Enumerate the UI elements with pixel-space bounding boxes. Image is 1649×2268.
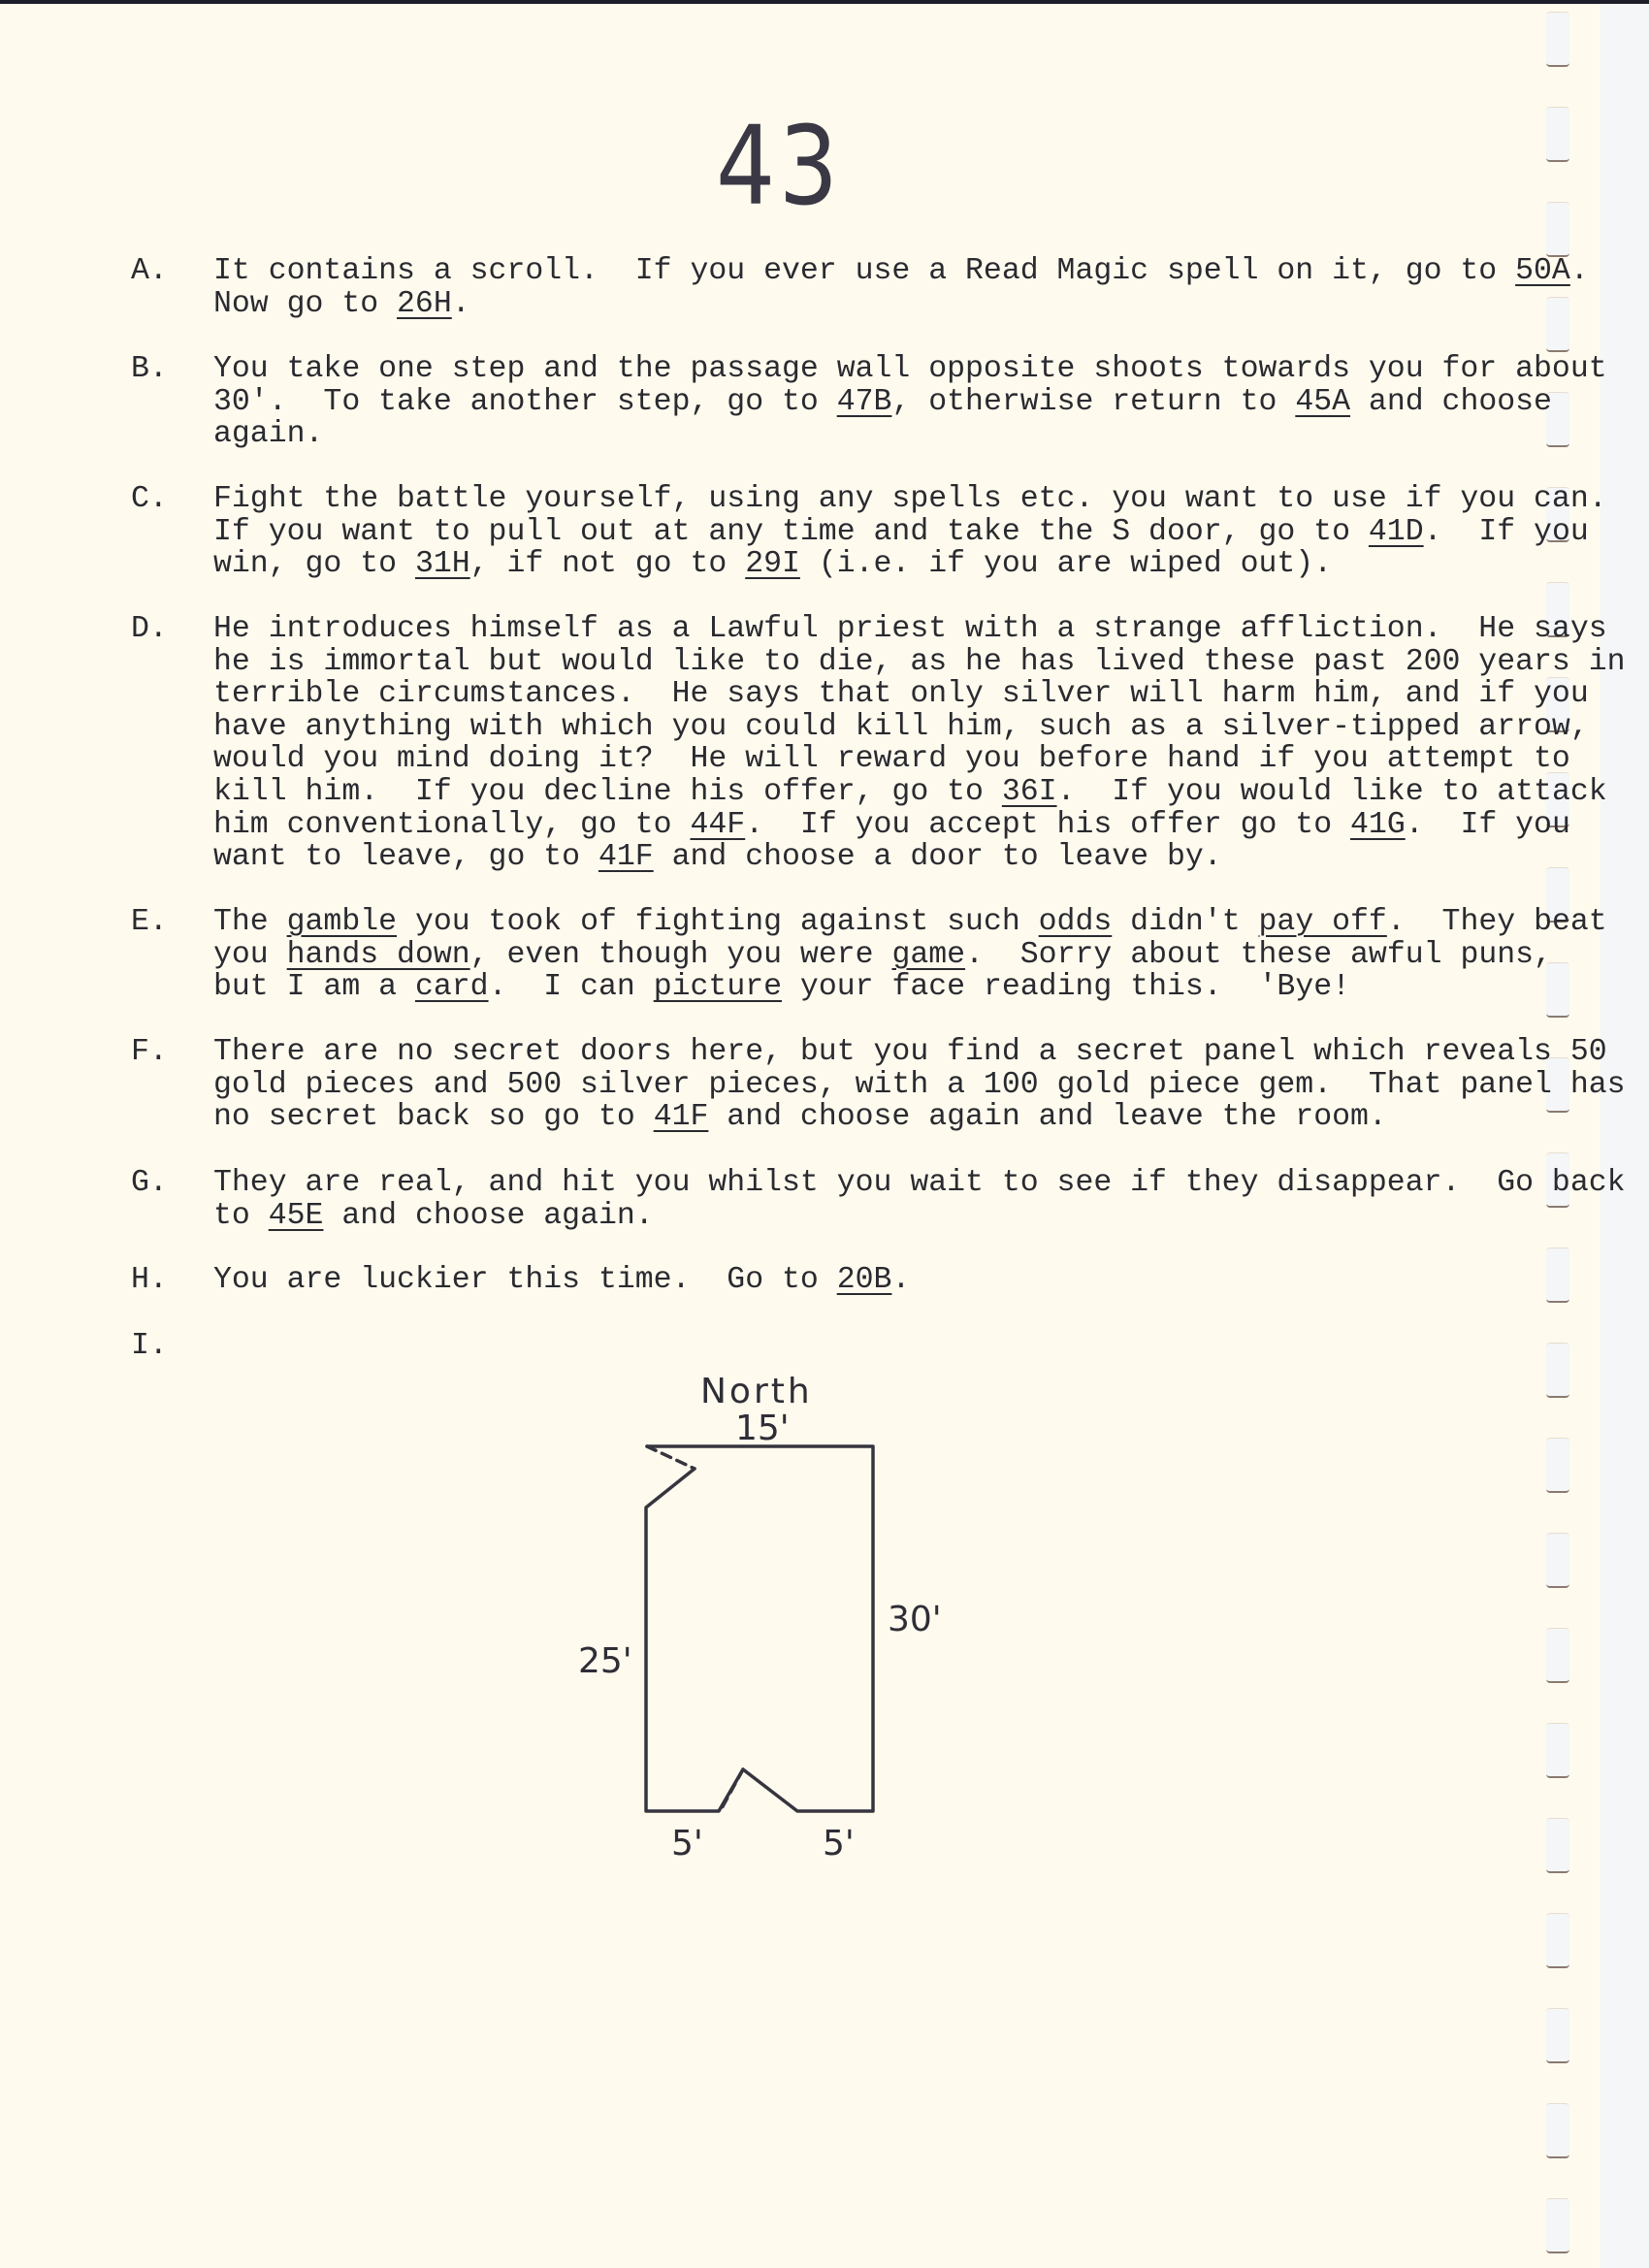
document-page: 43 A. It contains a scroll. If you ever … [0,4,1600,2268]
binder-hole [1546,2103,1569,2158]
section-reference: 50A [1515,254,1570,288]
left-wall-length: 25' [578,1641,632,1681]
entry-label: E. [131,906,168,939]
section-reference: game [891,938,965,972]
entry-label: G. [131,1167,168,1200]
binder-hole [1546,1628,1569,1683]
section-reference: 41G [1350,808,1406,842]
right-wall-length: 30' [888,1600,942,1639]
section-reference: 41D [1369,515,1424,549]
section-reference: picture [654,970,782,1004]
entry-text: There are no secret doors here, but you … [213,1036,1626,1134]
section-reference: 45A [1295,385,1350,419]
section-reference: 41F [654,1100,709,1134]
entry-label: B. [131,353,168,386]
section-reference: 20B [837,1263,892,1297]
entry-label: I. [131,1330,168,1363]
entry-text: Fight the battle yourself, using any spe… [213,483,1607,581]
room-map-diagram: North 15' 30' 25' 5' 5' [543,1352,980,1983]
bottom-left-length: 5' [671,1824,703,1863]
section-reference: hands down [287,938,470,972]
section-reference: pay off [1259,905,1387,939]
section-reference: 45E [269,1199,324,1233]
entry-text: They are real, and hit you whilst you wa… [213,1167,1626,1232]
binder-hole [1546,1913,1569,1968]
binder-hole [1546,1247,1569,1303]
section-reference: 31H [415,547,470,581]
section-reference: 36I [1002,775,1057,809]
top-wall-length: 15' [735,1409,790,1448]
north-label: North [700,1372,813,1411]
entry-label: D. [131,613,168,646]
entry-label: F. [131,1036,168,1069]
binder-hole [1546,1343,1569,1398]
binder-hole [1546,12,1569,67]
entry-label: A. [131,255,168,288]
binder-hole [1546,107,1569,162]
binder-hole [1546,2198,1569,2253]
entry-label: H. [131,1264,168,1297]
binder-hole [1546,2008,1569,2063]
section-reference: odds [1039,905,1113,939]
section-reference: 29I [745,547,800,581]
binder-hole [1546,1438,1569,1493]
binder-hole [1546,1818,1569,1873]
page-number: 43 [716,113,841,221]
section-reference: 47B [837,385,892,419]
entry-text: You are luckier this time. Go to 20B. [213,1264,910,1297]
entry-label: C. [131,483,168,516]
section-reference: 26H [397,287,452,321]
section-reference: 41F [598,840,654,874]
section-reference: card [415,970,489,1004]
section-reference: 44F [690,808,745,842]
section-reference: gamble [287,905,397,939]
entry-text: He introduces himself as a Lawful priest… [213,613,1626,874]
binder-hole [1546,1723,1569,1778]
binder-hole [1546,202,1569,257]
bottom-right-length: 5' [823,1824,855,1863]
binder-hole [1546,1533,1569,1588]
entry-text: It contains a scroll. If you ever use a … [213,255,1589,320]
entry-text: The gamble you took of fighting against … [213,906,1607,1004]
entry-text: You take one step and the passage wall o… [213,353,1607,451]
